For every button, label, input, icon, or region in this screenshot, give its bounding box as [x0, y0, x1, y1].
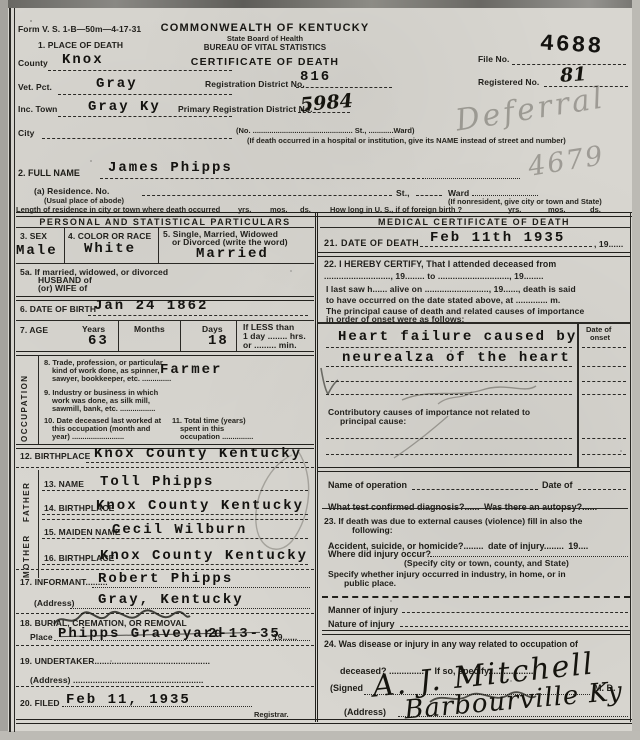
scan-left-edge: [0, 0, 8, 740]
age-less-line3: or ......... min.: [243, 340, 297, 350]
cause-section-bottom: [318, 467, 630, 472]
age-table-bottom: [16, 351, 314, 356]
cause-line1-rule: [326, 347, 572, 348]
residence-ward-line: [472, 195, 538, 196]
test-label: What test confirmed diagnosis?......: [328, 502, 480, 512]
vet-pct-value: Gray: [96, 76, 138, 92]
dob-label: 6. DATE OF BIRTH: [20, 304, 96, 314]
lastsaw-line1: I last saw h...... alive on ............…: [326, 284, 576, 294]
personal-particulars-header: PERSONAL AND STATISTICAL PARTICULARS: [16, 217, 314, 227]
mother-maiden-label: 15. MAIDEN NAME: [44, 527, 121, 537]
undertaker-separator: [16, 686, 314, 687]
date-of-death-line: [420, 246, 592, 247]
sex-label: 3. SEX: [20, 231, 47, 241]
reg-district-label: Registration District No.: [205, 79, 305, 89]
cause-line1-onset-rule: [582, 347, 626, 348]
occupation-value: Farmer: [160, 362, 222, 378]
occupation-side-label: OCCUPATION: [20, 362, 29, 442]
registrar-label: Registrar.: [254, 710, 289, 719]
inc-town-line: [58, 116, 232, 117]
item23-line2: following:: [352, 525, 393, 535]
paper-left-border-inner: [14, 8, 15, 732]
contrib-line1-onset-rule: [582, 438, 626, 439]
item10-line3: year) .........................: [52, 432, 124, 441]
section-top-border: [16, 212, 632, 217]
test-row-underline: [322, 508, 628, 509]
parents-cell-divider: [38, 470, 39, 578]
where-specify-note: (Specify city or town, county, and State…: [404, 558, 569, 568]
marital-row-underline: [16, 263, 314, 264]
commonwealth-title: COMMONWEALTH OF KENTUCKY: [150, 22, 380, 34]
vet-pct-line: [58, 94, 232, 95]
mother-birthplace-line: [42, 564, 308, 565]
item8-line3: sawyer, bookkeeper, etc. ..............: [52, 374, 171, 383]
informant-line: [92, 587, 310, 588]
test-autopsy-row: What test confirmed diagnosis?...... Was…: [328, 497, 597, 515]
certify-line1: 22. I HEREBY CERTIFY, That I attended de…: [324, 259, 556, 270]
date-of-death-label: 21. DATE OF DEATH: [324, 238, 419, 248]
left-header-underline: [16, 227, 314, 228]
registered-no-label: Registered No.: [478, 77, 539, 87]
filed-label: 20. FILED: [20, 698, 60, 708]
date-of-death-19-suffix: , 19......: [594, 239, 623, 249]
primary-reg-label: Primary Registration District No.: [178, 104, 313, 114]
pen-stray-strokes: [398, 380, 538, 406]
county-label: County: [18, 58, 48, 68]
cause-of-death-line2: neurealza of the heart: [342, 350, 571, 366]
header-title-block: COMMONWEALTH OF KENTUCKY State Board of …: [150, 22, 380, 68]
residence-st-line: [416, 195, 442, 196]
nature-of-injury-label: Nature of injury: [328, 619, 395, 629]
scan-speckles: [30, 20, 32, 22]
filed-line: [62, 706, 252, 707]
reg-district-value: 816: [300, 69, 331, 85]
burial-separator: [16, 645, 314, 646]
cause-line2-onset-rule: [582, 366, 626, 367]
burial-place-line: [54, 640, 310, 641]
scan-top-band: [0, 0, 640, 8]
age-years-divider: [118, 320, 119, 351]
margin-note-handwriting: Deferral: [453, 80, 607, 138]
signed-label: (Signed: [330, 683, 363, 693]
full-name-label: 2. FULL NAME: [18, 168, 80, 178]
certify-line2: ..........................., 19........ …: [324, 271, 544, 281]
city-label: City: [18, 128, 34, 138]
date-of-death-bottom: [318, 252, 630, 257]
item5a-line3: (or) WIFE of: [38, 283, 87, 293]
operation-line: [412, 489, 538, 490]
primary-reg-line: [298, 112, 350, 113]
city-paren-label: (No. ...................................…: [236, 126, 415, 135]
residence-line: [142, 195, 392, 196]
full-name-line-dots: [422, 178, 520, 179]
undertaker-address-label: (Address) ..............................…: [30, 675, 204, 685]
physician-address-line: [398, 716, 628, 717]
manner-of-injury-label: Manner of injury: [328, 605, 398, 615]
operation-label: Name of operation: [328, 480, 407, 490]
age-label: 7. AGE: [20, 325, 48, 335]
paper-left-border-outer: [9, 8, 11, 732]
hospital-note: (If death occurred in a hospital or inst…: [247, 136, 566, 145]
sex-race-divider: [64, 227, 65, 263]
contributory-line2: principal cause:: [340, 416, 406, 426]
undertaker-label: 19. UNDERTAKER..........................…: [20, 656, 210, 666]
full-name-line: [100, 178, 420, 179]
manner-of-injury-line: [402, 612, 628, 613]
injury-section-divider: [322, 596, 630, 598]
physician-address-label: (Address): [344, 707, 386, 717]
scan-right-edge: [632, 0, 640, 740]
accident-19-label: 19....: [568, 541, 588, 551]
operation-date-label: Date of: [542, 480, 573, 490]
date-of-death-value: Feb 11th 1935: [430, 230, 565, 246]
vet-pct-label: Vet. Pct.: [18, 82, 52, 92]
reg-district-line: [296, 87, 392, 88]
file-no-label: File No.: [478, 54, 510, 64]
mother-side-label: MOTHER: [22, 526, 31, 578]
cause-of-death-line1: Heart failure caused by: [338, 329, 577, 345]
dob-value: Jan 24 1862: [94, 298, 208, 314]
inc-town-value: Gray Ky: [88, 99, 161, 115]
form-number: Form V. S. 1-B—50m—4-17-31: [18, 24, 141, 34]
cause-line4-onset-rule: [582, 394, 626, 395]
informant-label: 17. INFORMANT.........: [20, 577, 108, 587]
race-label: 4. COLOR OR RACE: [68, 231, 151, 241]
age-months-label: Months: [134, 324, 165, 334]
contrib-line2-rule: [326, 454, 572, 455]
birthplace-label: 12. BIRTHPLACE: [20, 451, 90, 461]
age-days-value: 18: [208, 333, 229, 349]
bureau-subtitle: BUREAU OF VITAL STATISTICS: [150, 43, 380, 53]
contrib-line1-rule: [326, 438, 572, 439]
father-name-value: Toll Phipps: [100, 474, 214, 490]
contrib-line2-onset-rule: [582, 454, 626, 455]
informant-value: Robert Phipps: [98, 571, 233, 587]
occupation-cell-divider: [38, 355, 39, 444]
mother-separator: [16, 569, 314, 570]
city-line: [42, 138, 232, 139]
operation-date-line: [578, 489, 626, 490]
autopsy-label: Was there an autopsy?......: [484, 502, 597, 512]
cause-section-top: [318, 322, 630, 324]
marital-value: Married: [196, 246, 269, 262]
full-name-value: James Phipps: [108, 160, 233, 176]
age-months-divider: [180, 320, 181, 351]
item11-line3: occupation ...............: [180, 432, 253, 441]
age-years-value: 63: [88, 333, 109, 349]
file-no-value: 4688: [539, 30, 603, 59]
dob-line: [88, 315, 308, 316]
specify-line2: public place.: [344, 578, 396, 588]
age-days-divider: [236, 320, 237, 351]
cause-line2-rule: [326, 366, 572, 367]
paper-right-border: [630, 212, 631, 722]
section-place-of-death: 1. PLACE OF DEATH: [38, 40, 123, 50]
residence-st-label: St.,: [396, 188, 410, 198]
where-injury-line: [430, 556, 628, 557]
accident-date-label: date of injury........: [488, 541, 564, 551]
right-header-underline: [320, 227, 630, 228]
injury-section-bottom: [322, 630, 630, 635]
certificate-title: CERTIFICATE OF DEATH: [150, 56, 380, 68]
mother-maiden-value: Cecil Wilburn: [112, 522, 247, 538]
state-board-subtitle: State Board of Health: [150, 34, 380, 43]
nature-of-injury-line: [400, 626, 628, 627]
county-line: [48, 70, 232, 71]
item9-line3: sawmill, bank, etc. .................: [52, 404, 155, 413]
inc-town-label: Inc. Town: [18, 104, 57, 114]
death-certificate-scan: Form V. S. 1-B—50m—4-17-31 1. PLACE OF D…: [0, 0, 640, 740]
bottom-border: [16, 719, 632, 724]
age-table-top: [16, 320, 314, 321]
margin-number-handwriting: 4679: [526, 140, 607, 183]
burial-place-label: Place: [30, 632, 53, 642]
cause-line3-onset-rule: [582, 381, 626, 382]
father-name-label: 13. NAME: [44, 479, 84, 489]
nonresident-note: (If nonresident, give city or town and S…: [448, 197, 602, 206]
scan-bottom-edge: [0, 731, 640, 740]
abode-note: (Usual place of abode): [44, 196, 124, 205]
race-value: White: [84, 241, 136, 257]
sex-value: Male: [16, 243, 58, 259]
medical-certificate-header: MEDICAL CERTIFICATE OF DEATH: [318, 217, 630, 227]
pen-check-mark: [318, 366, 340, 398]
lastsaw-line2: to have occurred on the date stated abov…: [326, 295, 560, 305]
onset-column-divider: [577, 322, 579, 467]
residence-label: (a) Residence. No.: [34, 186, 110, 196]
father-side-label: FATHER: [22, 472, 31, 522]
race-marital-divider: [158, 227, 159, 263]
circle-scribble: [248, 445, 318, 560]
county-value: Knox: [62, 52, 104, 68]
item24-line1: 24. Was disease or injury in any way rel…: [324, 639, 578, 649]
onset-label-line2: onset: [590, 333, 610, 342]
